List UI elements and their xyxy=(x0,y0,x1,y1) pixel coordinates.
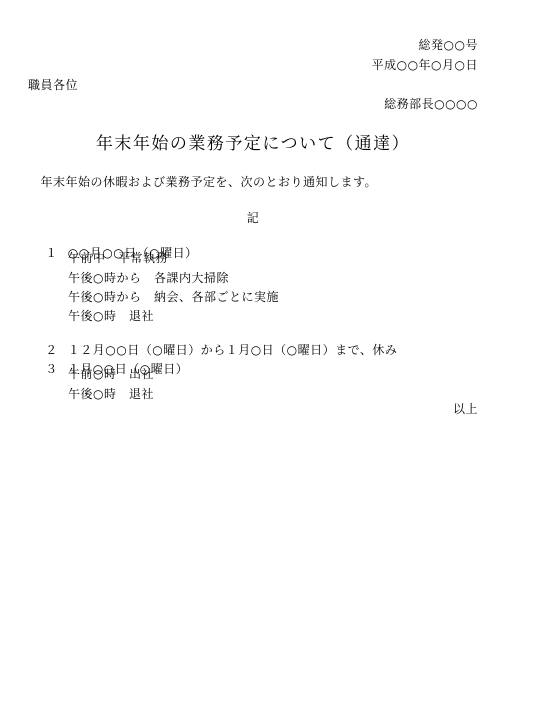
page-title: 年末年始の業務予定について（通達） xyxy=(28,134,478,154)
item-3-detail-2: 午後○時 退社 xyxy=(68,387,154,401)
doc-number: 総発○○号 xyxy=(419,38,478,52)
doc-date: 平成○○年○月○日 xyxy=(372,58,478,72)
body-paragraph: 年末年始の休暇および業務予定を、次のとおり通知します。 xyxy=(28,175,377,189)
item-3-detail-1: 午前○時 出社 xyxy=(68,367,154,381)
sender: 総務部長○○○○ xyxy=(384,97,478,111)
item-1-number: １ xyxy=(45,246,58,260)
item-3-number: ３ xyxy=(45,362,58,376)
item-1-detail-1: 午前中 平常執務 xyxy=(68,251,168,265)
closing-marker: 以上 xyxy=(453,402,478,416)
item-1-detail-2: 午後○時から 各課内大掃除 xyxy=(68,271,229,285)
record-marker: 記 xyxy=(28,211,478,225)
recipient: 職員各位 xyxy=(28,78,78,92)
item-1-detail-3: 午後○時から 納会、各部ごとに実施 xyxy=(68,290,279,304)
item-1-detail-4: 午後○時 退社 xyxy=(68,309,154,323)
document-page: 総発○○号 平成○○年○月○日 職員各位 総務部長○○○○ 年末年始の業務予定に… xyxy=(0,0,535,715)
